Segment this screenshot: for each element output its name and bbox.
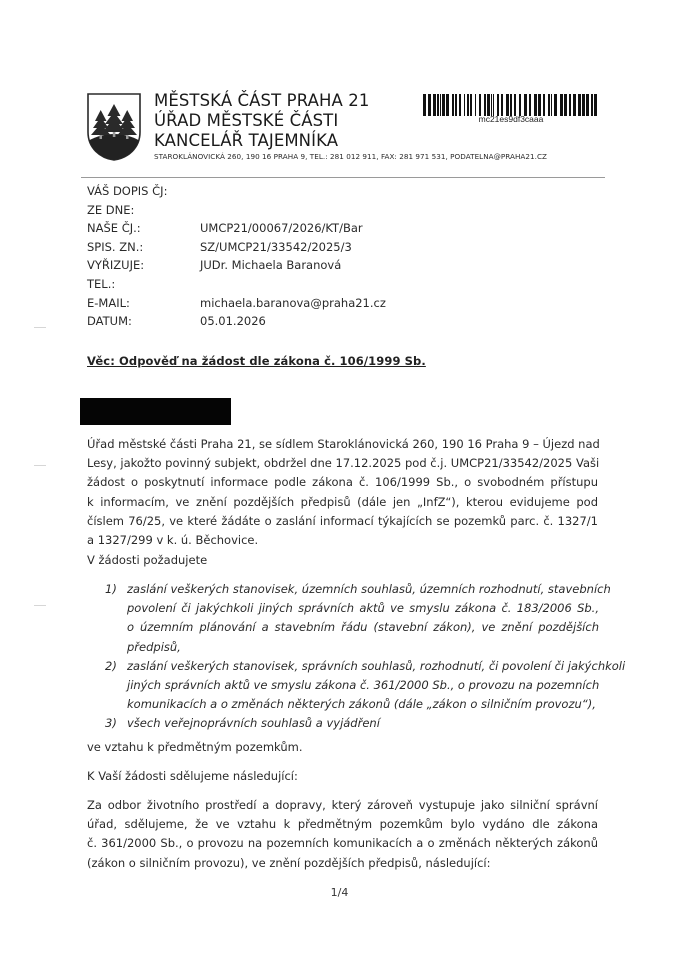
text-line: č. 361/2000 Sb., o provozu na pozemních … [87, 834, 598, 853]
response-paragraph: Za odbor životního prostředí a dopravy, … [87, 796, 598, 873]
reference-label: NAŠE ČJ.: [87, 219, 200, 238]
org-line-1: MĚSTSKÁ ČÁST PRAHA 21 [154, 91, 369, 111]
reference-value: JUDr. Michaela Baranová [200, 256, 341, 275]
reference-row: E-MAIL:michaela.baranova@praha21.cz [87, 294, 386, 313]
fold-mark [34, 327, 46, 328]
reference-label: VÁŠ DOPIS ČJ: [87, 182, 200, 201]
text-line: jiných správních aktů ve smyslu zákona č… [127, 676, 599, 695]
reference-row: DATUM:05.01.2026 [87, 312, 386, 331]
reference-value: 05.01.2026 [200, 312, 266, 331]
requests-list: 1)zaslání veškerých stanovisek, územních… [105, 580, 599, 734]
requests-intro: V žádosti požadujete [87, 551, 598, 570]
text-line: zaslání veškerých stanovisek, územních s… [127, 580, 599, 599]
text-line: (zákon o silničním provozu), ve znění po… [87, 854, 598, 873]
fold-mark [34, 465, 46, 466]
barcode-icon [423, 94, 599, 116]
text-line: zaslání veškerých stanovisek, správních … [127, 657, 599, 676]
reference-label: SPIS. ZN.: [87, 238, 200, 257]
request-number: 1) [105, 580, 117, 599]
reference-row: VÁŠ DOPIS ČJ: [87, 182, 386, 201]
reference-row: VYŘIZUJE:JUDr. Michaela Baranová [87, 256, 386, 275]
request-item: 2)zaslání veškerých stanovisek, správníc… [105, 657, 599, 715]
reference-value: michaela.baranova@praha21.cz [200, 294, 386, 313]
text-line: Lesy, jakožto povinný subjekt, obdržel d… [87, 454, 598, 473]
text-line: úřad, sdělujeme, že ve vztahu k předmětn… [87, 815, 598, 834]
fold-mark [34, 605, 46, 606]
barcode-text: mc21es9df3caaa [423, 114, 599, 124]
organization-name: MĚSTSKÁ ČÁST PRAHA 21 ÚŘAD MĚSTSKÉ ČÁSTI… [154, 91, 369, 151]
header-divider [81, 177, 605, 178]
reference-row: ZE DNE: [87, 201, 386, 220]
org-line-2: ÚŘAD MĚSTSKÉ ČÁSTI [154, 111, 369, 131]
requests-outro: ve vztahu k předmětným pozemkům. [87, 738, 598, 757]
redacted-addressee [80, 398, 231, 425]
reference-label: DATUM: [87, 312, 200, 331]
text-line: předpisů, [127, 638, 599, 657]
page-number: 1/4 [0, 886, 679, 899]
org-address: STAROKLÁNOVICKÁ 260, 190 16 PRAHA 9, TEL… [154, 152, 547, 161]
org-line-3: KANCELÁŘ TAJEMNÍKA [154, 131, 369, 151]
request-number: 2) [105, 657, 117, 676]
reference-row: TEL.: [87, 275, 386, 294]
text-line: Úřad městské části Praha 21, se sídlem S… [87, 435, 598, 454]
letter-page: MĚSTSKÁ ČÁST PRAHA 21 ÚŘAD MĚSTSKÉ ČÁSTI… [0, 0, 679, 960]
subject-line: Věc: Odpověď na žádost dle zákona č. 106… [87, 354, 426, 368]
reference-label: TEL.: [87, 275, 200, 294]
reference-block: VÁŠ DOPIS ČJ:ZE DNE:NAŠE ČJ.:UMCP21/0006… [87, 182, 386, 331]
coat-of-arms-icon [86, 92, 142, 162]
text-line: žádost o poskytnutí informace podle záko… [87, 473, 598, 492]
reference-value: UMCP21/00067/2026/KT/Bar [200, 219, 363, 238]
text-line: k informacím, ve znění pozdějších předpi… [87, 493, 598, 512]
intro-paragraph: Úřad městské části Praha 21, se sídlem S… [87, 435, 598, 550]
reference-row: SPIS. ZN.:SZ/UMCP21/33542/2025/3 [87, 238, 386, 257]
response-intro: K Vaší žádosti sdělujeme následující: [87, 767, 598, 786]
text-line: o územním plánování a stavebním řádu (st… [127, 618, 599, 637]
text-line: komunikacích a o změnách některých zákon… [127, 695, 599, 714]
text-line: číslem 76/25, ve které žádáte o zaslání … [87, 512, 598, 531]
text-line: všech veřejnoprávních souhlasů a vyjádře… [127, 714, 599, 733]
request-item: 1)zaslání veškerých stanovisek, územních… [105, 580, 599, 657]
text-line: Za odbor životního prostředí a dopravy, … [87, 796, 598, 815]
reference-label: VYŘIZUJE: [87, 256, 200, 275]
reference-label: E-MAIL: [87, 294, 200, 313]
text-line: povolení či jakýchkoli jiných správních … [127, 599, 599, 618]
reference-label: ZE DNE: [87, 201, 200, 220]
request-number: 3) [105, 714, 117, 733]
reference-row: NAŠE ČJ.:UMCP21/00067/2026/KT/Bar [87, 219, 386, 238]
reference-value: SZ/UMCP21/33542/2025/3 [200, 238, 352, 257]
text-line: a 1327/299 v k. ú. Běchovice. [87, 531, 598, 550]
request-item: 3)všech veřejnoprávních souhlasů a vyjád… [105, 714, 599, 733]
